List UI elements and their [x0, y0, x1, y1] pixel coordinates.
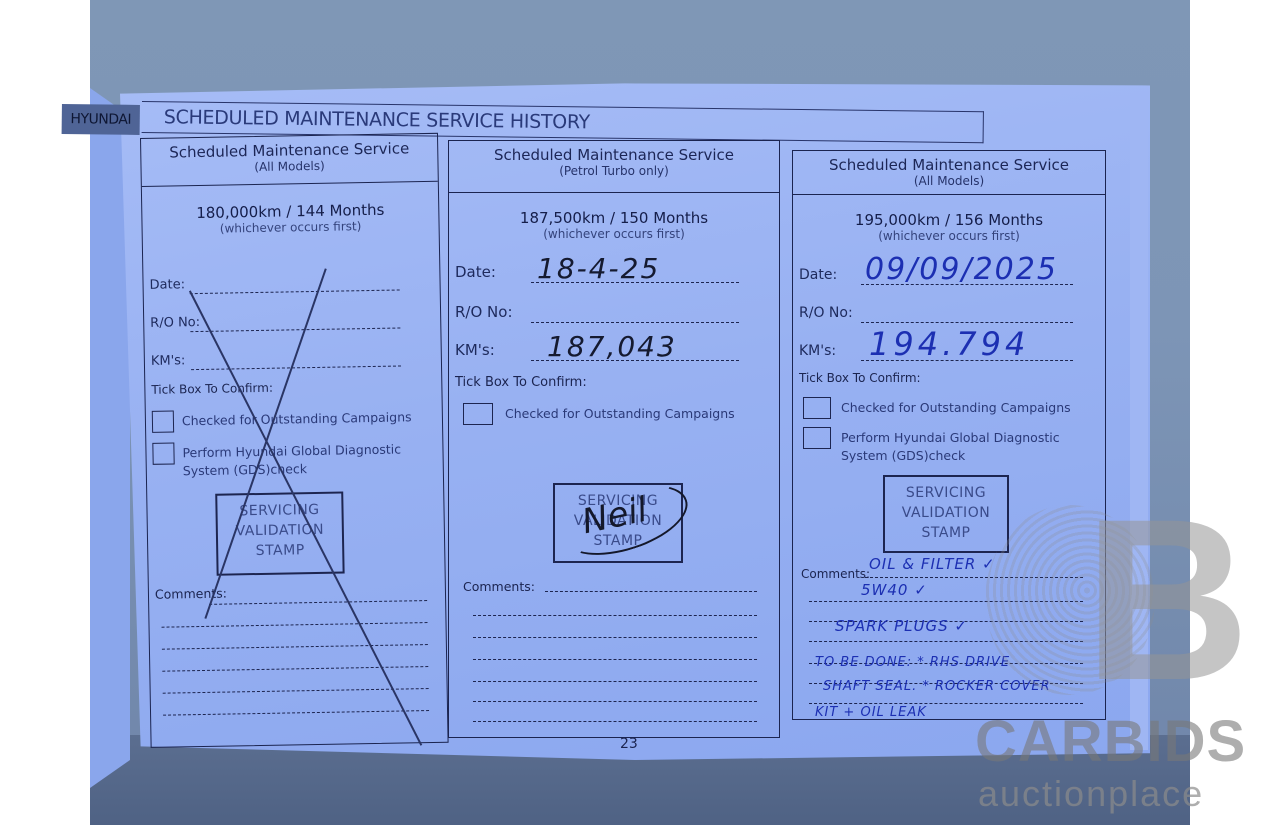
- watermark-tagline: auctionplace: [978, 772, 1204, 816]
- tick-box-label: Tick Box To Confirm:: [455, 375, 587, 390]
- ro-line: [861, 322, 1073, 323]
- ro-label: R/O No:: [799, 305, 853, 321]
- comment-text: kit + oil leak: [815, 705, 927, 720]
- stamp-line-3: STAMP: [885, 523, 1007, 543]
- brand-logo: HYUNDAI: [62, 104, 140, 135]
- ro-label: R/O No:: [150, 315, 200, 331]
- ro-line: [531, 322, 739, 323]
- comment-line: [163, 710, 429, 716]
- service-interval: 180,000km / 144 Months (whichever occurs…: [142, 200, 439, 237]
- date-field[interactable]: Date: 09/09/2025: [799, 261, 1065, 285]
- campaigns-checkbox[interactable]: [152, 410, 174, 432]
- comment-line: [473, 659, 757, 660]
- ro-line: [190, 327, 400, 332]
- ro-number-field[interactable]: R/O No:: [150, 304, 400, 332]
- kms-field[interactable]: KM's:: [151, 342, 401, 370]
- comment-text: Spark plugs ✓: [835, 617, 968, 635]
- stamp-line-1: SERVICING: [885, 483, 1007, 503]
- comments-label: Comments:: [463, 579, 535, 594]
- comment-line: [162, 666, 428, 672]
- ro-number-field[interactable]: R/O No:: [455, 299, 739, 323]
- service-applies-to: (All Models): [793, 174, 1105, 188]
- service-heading: Scheduled Maintenance Service (Petrol Tu…: [449, 141, 779, 193]
- date-value: 09/09/2025: [865, 252, 1058, 287]
- stamp-line-1: SERVICING: [217, 500, 341, 522]
- gds-checkbox[interactable]: [152, 442, 174, 464]
- comment-text: To be done: * RHS drive: [815, 655, 1010, 670]
- comment-line: [163, 688, 429, 694]
- service-interval: 195,000km / 156 Months (whichever occurs…: [793, 211, 1105, 243]
- comments-label: Comments:: [801, 567, 870, 581]
- campaigns-check-row[interactable]: Checked for Outstanding Campaigns: [799, 397, 1097, 419]
- gds-checkbox[interactable]: [803, 427, 831, 449]
- date-value: 18-4-25: [537, 252, 660, 285]
- campaigns-checkbox[interactable]: [463, 403, 493, 425]
- kms-field[interactable]: KM's: 194.794: [799, 337, 1065, 361]
- service-title: Scheduled Maintenance Service: [449, 141, 779, 164]
- interval-note: (whichever occurs first): [793, 229, 1105, 243]
- watermark-brand: CARBIDS: [975, 712, 1246, 772]
- service-column-187500: Scheduled Maintenance Service (Petrol Tu…: [448, 140, 780, 738]
- service-heading: Scheduled Maintenance Service (All Model…: [793, 151, 1105, 195]
- gds-label: Perform Hyundai Global Diagnostic System…: [841, 429, 1071, 465]
- service-applies-to: (Petrol Turbo only): [449, 164, 779, 178]
- comment-line: [809, 703, 1083, 704]
- date-line: [190, 289, 400, 294]
- comment-line: [473, 615, 757, 616]
- comment-line: [473, 721, 757, 722]
- campaigns-label: Checked for Outstanding Campaigns: [505, 405, 735, 423]
- page-number: 23: [620, 736, 638, 752]
- campaigns-check-row[interactable]: Checked for Outstanding Campaigns: [152, 406, 434, 433]
- kms-label: KM's:: [151, 353, 186, 369]
- date-field[interactable]: Date: 18-4-25: [455, 259, 739, 283]
- date-field[interactable]: Date:: [149, 266, 399, 294]
- comment-text: Oil & Filter ✓: [869, 555, 996, 573]
- interval-note: (whichever occurs first): [449, 227, 779, 241]
- service-heading: Scheduled Maintenance Service (All Model…: [141, 134, 438, 187]
- ro-number-field[interactable]: R/O No:: [799, 299, 1065, 323]
- tick-box-label: Tick Box To Confirm:: [799, 371, 921, 385]
- tick-box-label: Tick Box To Confirm:: [151, 381, 273, 397]
- comment-text: 5W40 ✓: [861, 581, 928, 599]
- campaigns-checkbox[interactable]: [803, 397, 831, 419]
- comment-line: [209, 600, 427, 605]
- kms-label: KM's:: [799, 343, 836, 359]
- comment-line: [545, 591, 757, 592]
- gds-check-row[interactable]: Perform Hyundai Global Diagnostic System…: [799, 427, 1097, 467]
- ro-label: R/O No:: [455, 303, 513, 321]
- gds-label: Perform Hyundai Global Diagnostic System…: [182, 440, 413, 480]
- interval-value: 195,000km / 156 Months: [793, 211, 1105, 229]
- comment-line: [473, 701, 757, 702]
- kms-label: KM's:: [455, 341, 495, 359]
- kms-line: [191, 365, 401, 370]
- campaigns-label: Checked for Outstanding Campaigns: [182, 408, 412, 430]
- date-label: Date:: [455, 263, 496, 281]
- interval-value: 187,500km / 150 Months: [449, 209, 779, 227]
- comment-line: [473, 637, 757, 638]
- servicing-validation-stamp-box: SERVICING VALIDATION STAMP: [883, 475, 1009, 553]
- comment-line: [473, 681, 757, 682]
- comment-line: [162, 622, 428, 628]
- service-title: Scheduled Maintenance Service: [793, 151, 1105, 174]
- carbids-logo-icon: B: [1000, 505, 1250, 695]
- service-interval: 187,500km / 150 Months (whichever occurs…: [449, 209, 779, 241]
- kms-field[interactable]: KM's: 187,043: [455, 337, 739, 361]
- date-label: Date:: [149, 277, 185, 293]
- comment-line: [162, 644, 428, 650]
- campaigns-check-row[interactable]: Checked for Outstanding Campaigns: [455, 403, 771, 425]
- kms-value: 187,043: [547, 330, 677, 363]
- stamp-line-2: VALIDATION: [885, 503, 1007, 523]
- date-label: Date:: [799, 267, 837, 283]
- gds-check-row[interactable]: Perform Hyundai Global Diagnostic System…: [152, 438, 435, 483]
- kms-value: 194.794: [869, 325, 1029, 363]
- campaigns-label: Checked for Outstanding Campaigns: [841, 399, 1071, 417]
- service-column-180000: Scheduled Maintenance Service (All Model…: [140, 133, 449, 748]
